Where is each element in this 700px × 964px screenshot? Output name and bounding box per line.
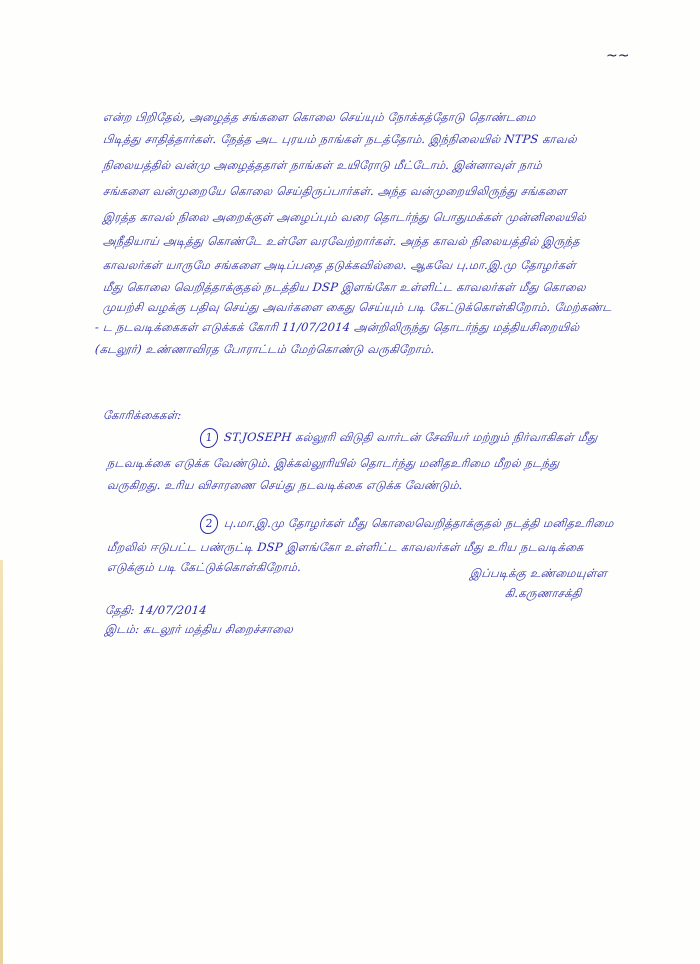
demand-line: 1ST.JOSEPH கல்லூரி விடுதி வார்டன் சேவியர… [199, 428, 599, 448]
body-line: நிலையத்தில் வன்மு அழைத்ததாள் நாங்கள் உயி… [102, 158, 543, 174]
body-line: - ட நடவடிக்கைகள் எடுக்கக் கோரி 11/07/201… [94, 320, 580, 336]
closing-salutation: இப்படிக்கு உண்மையுள்ள [469, 566, 608, 582]
date-line: தேதி: 14/07/2014 [104, 603, 207, 619]
demand-text: நடவடிக்கை எடுக்க வேண்டும். இக்கல்லூரியில… [106, 456, 560, 470]
demand-text: எடுக்கும் படி கேட்டுக்கொள்கிறோம். [106, 560, 302, 574]
body-line: மீது கொலை வெறித்தாக்குதல் நடத்திய DSP இள… [102, 280, 586, 296]
body-line: சங்களை வன்முறையே கொலை செய்திருப்பார்கள்.… [102, 184, 567, 200]
body-line: முயற்சி வழக்கு பதிவு செய்து அவர்களை கைது… [102, 300, 612, 316]
demand-line: மீறலில் ஈடுபட்ட பண்ருட்டி DSP இளங்கோ உள்… [106, 540, 584, 556]
body-line: அநீதியாய் அடித்து கொண்டே உள்ளே வரவேற்றார… [102, 234, 581, 250]
demand-line: 2பு.மா.இ.மு தோழர்கள் மீது கொலைவெறித்தாக்… [199, 514, 615, 534]
corner-mark: ~~ [606, 48, 629, 64]
body-line: என்ற பிறிதேல், அழைத்த சங்களை கொலை செய்யு… [102, 110, 536, 126]
demands-heading: கோரிக்கைகள்: [102, 408, 182, 424]
demand-line: நடவடிக்கை எடுக்க வேண்டும். இக்கல்லூரியில… [106, 456, 560, 472]
demand-number: 2 [199, 514, 219, 534]
signature: கி.கருணாசக்தி [504, 586, 582, 602]
demand-text: வருகிறது. உரிய விசாரணை செய்து நடவடிக்கை … [106, 478, 463, 492]
body-line: (கடலூர்) உண்ணாவிரத போராட்டம் மேற்கொண்டு … [94, 342, 435, 358]
demand-line: எடுக்கும் படி கேட்டுக்கொள்கிறோம். [106, 560, 302, 576]
body-line: இரத்த காவல் நிலை அறைக்குள் அழைப்பும் வரை… [102, 210, 587, 226]
demand-text: ST.JOSEPH கல்லூரி விடுதி வார்டன் சேவியர்… [223, 430, 598, 444]
demand-line: வருகிறது. உரிய விசாரணை செய்து நடவடிக்கை … [106, 478, 463, 494]
demand-text: பு.மா.இ.மு தோழர்கள் மீது கொலைவெறித்தாக்க… [223, 516, 614, 530]
paper-edge [0, 560, 3, 964]
body-line: பிடித்து சாதித்தார்கள். நேத்த அட புரயம் … [102, 132, 577, 148]
demand-text: மீறலில் ஈடுபட்ட பண்ருட்டி DSP இளங்கோ உள்… [106, 540, 584, 554]
body-line: காவலர்கள் யாருமே சங்களை அடிப்பதை தடுக்கவ… [102, 258, 577, 274]
demand-number: 1 [199, 428, 219, 448]
place-line: இடம்: கடலூர் மத்திய சிறைச்சாலை [104, 622, 294, 638]
